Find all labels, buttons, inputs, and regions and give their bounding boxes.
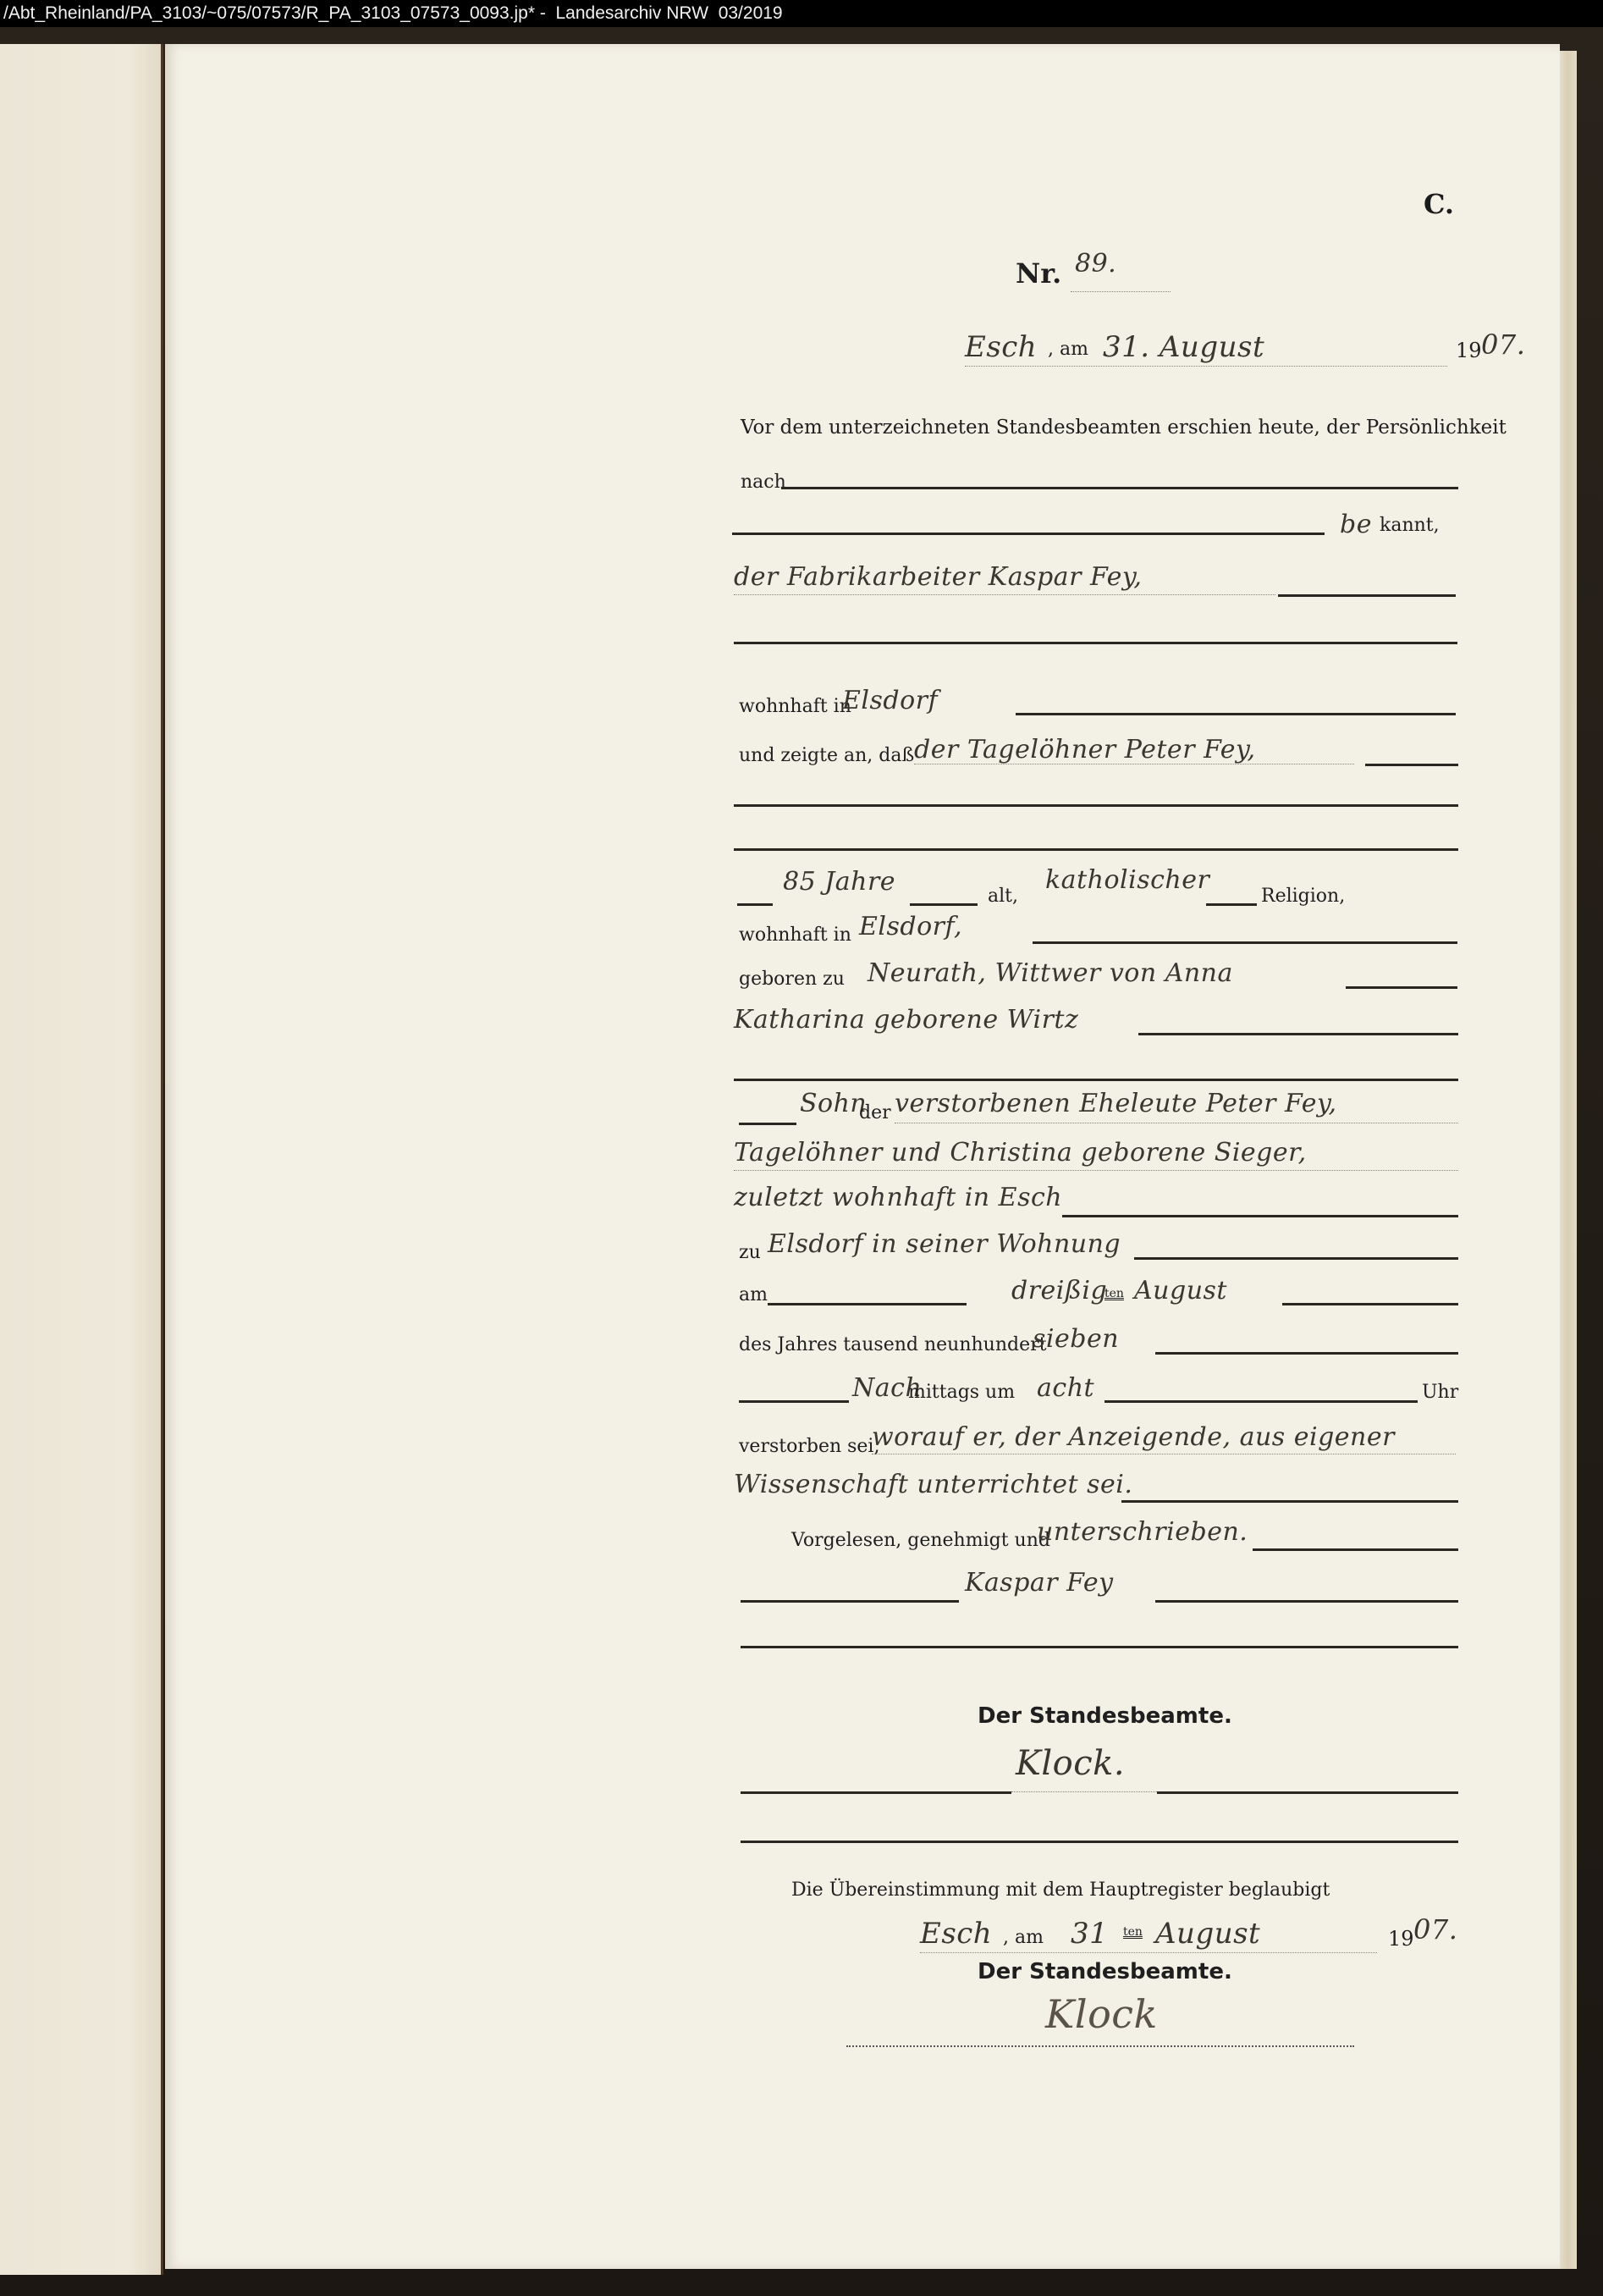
- verstorben-dots: [872, 1454, 1456, 1454]
- wohnhaft-line-2: [1033, 941, 1457, 944]
- blank-line-4: [734, 1079, 1458, 1081]
- am-ten: ten: [1104, 1287, 1124, 1300]
- nach-label: nach: [741, 472, 786, 493]
- cert-year-prefix: 19: [1388, 1927, 1414, 1951]
- cert-ten: ten: [1123, 1925, 1143, 1939]
- bekannt-label: kannt,: [1380, 515, 1440, 536]
- time-value: acht: [1037, 1373, 1094, 1403]
- am-month-value: August: [1134, 1276, 1227, 1305]
- jahr-line: [1155, 1352, 1458, 1355]
- informant-signature-line-left: [741, 1600, 959, 1603]
- age-line: [910, 903, 978, 906]
- number-label: Nr.: [1016, 257, 1061, 290]
- registrar-dots: [1011, 1791, 1157, 1792]
- deceased-value: der Tagelöhner Peter Fey,: [914, 735, 1256, 764]
- vorgelesen-line: [1253, 1548, 1458, 1551]
- religion-line: [1206, 903, 1257, 906]
- parents-dots-1: [895, 1123, 1458, 1123]
- registrar-signature-2: Klock: [1045, 1991, 1158, 2037]
- zeigte-label: und zeigte an, daß: [739, 745, 914, 766]
- parents-line-3-rule: [1062, 1215, 1458, 1217]
- wohnhaft-label-1: wohnhaft in: [739, 696, 851, 717]
- registrar-signature-line-2: [846, 2045, 1354, 2047]
- register-page: C. Nr. 89. Esch , am 31. August 19 07. V…: [165, 44, 1560, 2269]
- cert-am: , am: [1003, 1927, 1044, 1948]
- number-line: [1071, 291, 1171, 292]
- time-label: mittags um: [908, 1382, 1015, 1403]
- registrar-line-left: [741, 1791, 1011, 1794]
- number-value: 89.: [1075, 249, 1116, 279]
- am-date-label: am: [739, 1284, 768, 1305]
- geboren-line-2: [1138, 1033, 1458, 1035]
- geboren-label: geboren zu: [739, 969, 845, 990]
- bekannt-hand: be: [1340, 510, 1372, 539]
- wohnhaft-line-1: [1016, 713, 1456, 715]
- registrar-line-right: [1157, 1791, 1458, 1794]
- date-line: [965, 366, 1447, 367]
- vorgelesen-label: Vorgelesen, genehmigt und: [791, 1530, 1050, 1551]
- am-line-1: [768, 1303, 967, 1305]
- year-prefix: 19: [1456, 339, 1482, 362]
- sohn-lead-line: [739, 1123, 796, 1125]
- title-bar: /Abt_Rheinland/PA_3103/~075/07573/R_PA_3…: [0, 0, 1603, 27]
- registrar-heading-2: Der Standesbeamte.: [978, 1959, 1232, 1984]
- parents-line-1: verstorbenen Eheleute Peter Fey,: [895, 1089, 1336, 1118]
- wohnhaft-label-2: wohnhaft in: [739, 924, 851, 946]
- informant-value: der Fabrikarbeiter Kaspar Fey,: [734, 562, 1142, 592]
- vorgelesen-value: unterschrieben.: [1037, 1517, 1248, 1547]
- deceased-dots: [914, 764, 1354, 764]
- blank-line-3: [734, 848, 1458, 851]
- verstorben-line: [1121, 1500, 1458, 1503]
- geboren-value-1: Neurath, Wittwer von Anna: [868, 958, 1233, 988]
- verstorben-label: verstorben sei,: [739, 1436, 879, 1457]
- parents-line-3: zuletzt wohnhaft in Esch: [734, 1183, 1062, 1212]
- time-lead-line: [739, 1400, 849, 1403]
- wohnhaft-value-2: Elsdorf,: [859, 912, 962, 941]
- nach-line: [781, 487, 1458, 489]
- blank-line-6: [741, 1841, 1458, 1843]
- page-edges: [1557, 51, 1577, 2269]
- zu-label: zu: [739, 1242, 761, 1263]
- registrar-heading-1: Der Standesbeamte.: [978, 1703, 1232, 1729]
- religion-label: Religion,: [1261, 886, 1345, 907]
- age-value: 85 Jahre: [783, 867, 895, 897]
- cert-year-suffix: 07.: [1413, 1913, 1457, 1946]
- blank-line-2: [734, 804, 1458, 807]
- jahr-label: des Jahres tausend neunhundert: [739, 1334, 1046, 1355]
- blank-line-5: [741, 1646, 1458, 1648]
- verstorben-value-1: worauf er, der Anzeigende, aus eigener: [872, 1422, 1395, 1452]
- parents-dots-2: [734, 1170, 1458, 1171]
- alt-label: alt,: [988, 886, 1018, 907]
- jahr-value: sieben: [1033, 1324, 1119, 1354]
- geboren-value-2: Katharina geborene Wirtz: [734, 1005, 1078, 1035]
- informant-line: [1278, 594, 1456, 597]
- place-value: Esch: [965, 330, 1037, 364]
- intro-text: Vor dem unterzeichneten Standesbeamten e…: [741, 417, 1507, 439]
- time-line: [1104, 1400, 1418, 1403]
- cert-day: 31: [1071, 1917, 1108, 1951]
- cert-place: Esch: [920, 1917, 992, 1951]
- date-value: 31. August: [1103, 330, 1264, 364]
- sohn-hand: Sohn: [800, 1089, 867, 1118]
- uhr-label: Uhr: [1422, 1382, 1458, 1403]
- age-lead-line: [737, 903, 773, 906]
- zu-line: [1134, 1257, 1458, 1260]
- am-line-2: [1282, 1303, 1458, 1305]
- bekannt-line: [732, 533, 1325, 535]
- zu-value: Elsdorf in seiner Wohnung: [768, 1229, 1121, 1259]
- left-page: [0, 44, 163, 2275]
- wohnhaft-value-1: Elsdorf: [842, 686, 938, 715]
- cert-month: August: [1155, 1917, 1260, 1951]
- parents-line-2: Tagelöhner und Christina geborene Sieger…: [734, 1138, 1307, 1167]
- certification-text: Die Übereinstimmung mit dem Hauptregiste…: [791, 1879, 1330, 1901]
- am-label: , am: [1048, 339, 1088, 360]
- religion-value: katholischer: [1045, 865, 1209, 895]
- cert-date-line: [920, 1952, 1377, 1953]
- informant-signature-line-right: [1155, 1600, 1458, 1603]
- blank-line-1: [734, 642, 1457, 644]
- informant-dots: [734, 594, 1275, 595]
- verstorben-value-2: Wissenschaft unterrichtet sei.: [734, 1470, 1132, 1499]
- am-day-value: dreißig: [1011, 1276, 1107, 1305]
- registrar-signature-1: Klock.: [1016, 1744, 1125, 1783]
- form-letter: C.: [1424, 188, 1454, 220]
- deceased-line: [1365, 764, 1458, 766]
- sohn-printed: der: [859, 1102, 891, 1123]
- geboren-line-1: [1346, 986, 1457, 989]
- year-suffix: 07.: [1481, 328, 1525, 361]
- informant-signature: Kaspar Fey: [965, 1568, 1114, 1598]
